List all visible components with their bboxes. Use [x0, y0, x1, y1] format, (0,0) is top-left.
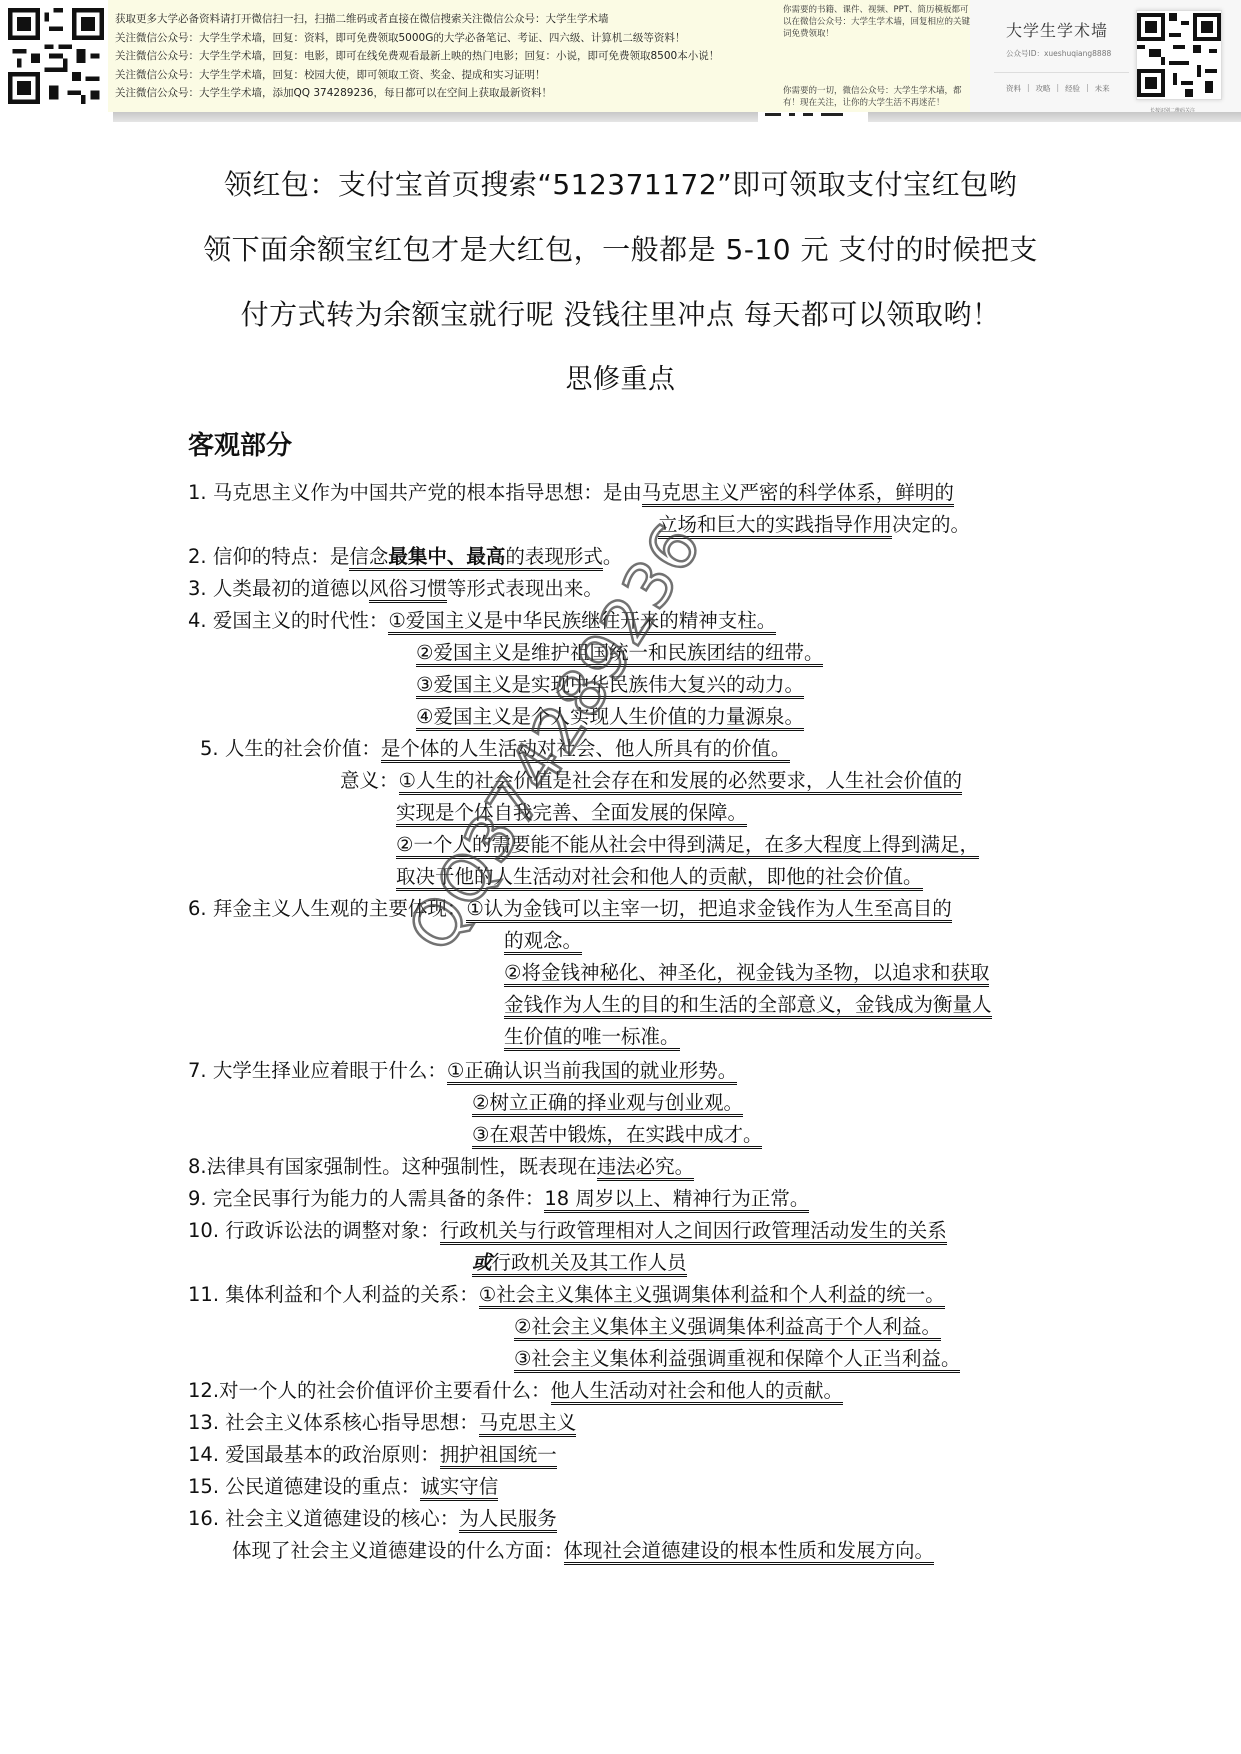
list-item: 11. 集体利益和个人利益的关系：①社会主义集体主义强调集体利益和个人利益的统一…	[188, 1280, 945, 1310]
banner-line: 关注微信公众号：大学生学术墙，回复：资料，即可免费领取5000G的大学必备笔记、…	[115, 29, 775, 48]
item-question: 爱国主义的时代性：	[213, 609, 389, 632]
item-tail: 等形式表现出来。	[447, 577, 603, 600]
item-answer: ④爱国主义是个人实现人生价值的力量源泉。	[416, 705, 804, 731]
tag: 经验	[1065, 83, 1080, 94]
item-number: 15.	[188, 1475, 219, 1498]
qr-code-icon	[8, 8, 104, 104]
item-answer: 马克思主义严密的科学体系，鲜明的	[642, 481, 954, 507]
promo-line: 付方式转为余额宝就行呢 没钱往里冲点 每天都可以领取哟！	[0, 293, 1241, 333]
item-question: 爱国最基本的政治原则：	[225, 1443, 440, 1466]
card-divider	[994, 72, 1129, 73]
list-item: 9. 完全民事行为能力的人需具备的条件：18 周岁以上、精神行为正常。	[188, 1184, 809, 1214]
item-number: 16.	[188, 1507, 219, 1530]
item-answer: ②将金钱神秘化、神圣化，视金钱为圣物，以追求和获取	[504, 961, 989, 987]
item-question: 法律具有国家强制性。这种强制性，既表现在	[207, 1155, 597, 1178]
item-answer: ③在艰苦中锻炼，在实践中成才。	[472, 1123, 762, 1149]
item-answer: ③爱国主义是实现中华民族伟大复兴的动力。	[416, 673, 804, 699]
list-item: 7. 大学生择业应着眼于什么：①正确认识当前我国的就业形势。	[188, 1056, 737, 1086]
item-answer: 信念最集中、最高的表现形式	[349, 545, 603, 571]
list-item: 4. 爱国主义的时代性：①爱国主义是中华民族继往开来的精神支柱。	[188, 606, 776, 636]
account-id: 公众号ID：xueshuqiang8888	[1006, 48, 1111, 59]
tag: 资料	[1006, 83, 1021, 94]
item-number: 6.	[188, 897, 207, 920]
banner-bottom-bar	[113, 112, 1241, 122]
item-number: 8.	[188, 1155, 207, 1178]
list-item: 2. 信仰的特点：是信念最集中、最高的表现形式。	[188, 542, 622, 572]
item-answer: ②一个人的需要能不能从社会中得到满足，在多大程度上得到满足，	[396, 833, 979, 859]
item-tail: 决定的。	[892, 513, 970, 536]
item-answer: 立场和巨大的实践指导作用	[658, 513, 892, 539]
list-item-continuation: ②爱国主义是维护祖国统一和民族团结的纽带。	[416, 638, 823, 668]
list-item: 12.对一个人的社会价值评价主要看什么：他人生活动对社会和他人的贡献。	[188, 1376, 843, 1406]
item-question: 人生的社会价值：	[225, 737, 381, 760]
item-answer: 的观念。	[504, 929, 582, 955]
item-answer: 实现是个体自我完善、全面发展的保障。	[396, 801, 747, 827]
list-item-continuation: 或行政机关及其工作人员	[472, 1248, 687, 1278]
banner-line: 关注微信公众号：大学生学术墙，回复：校园大使，即可领取工资、奖金、提成和实习证明…	[115, 66, 775, 85]
meaning-label: 意义：	[340, 769, 399, 792]
item-question: 社会主义道德建设的核心：	[225, 1507, 459, 1530]
item-number: 10.	[188, 1219, 219, 1242]
list-item: 8.法律具有国家强制性。这种强制性，既表现在违法必究。	[188, 1152, 694, 1182]
list-item-continuation: 立场和巨大的实践指导作用决定的。	[658, 510, 970, 540]
item-number: 9.	[188, 1187, 207, 1210]
list-item: 5. 人生的社会价值：是个体的人生活动对社会、他人所具有的价值。	[200, 734, 790, 764]
item-number: 12.	[188, 1379, 219, 1402]
list-item: 15. 公民道德建设的重点：诚实守信	[188, 1472, 498, 1502]
list-item-continuation: 意义：①人生的社会价值是社会存在和发展的必然要求，人生社会价值的	[340, 766, 962, 796]
item-question: 对一个人的社会价值评价主要看什么：	[219, 1379, 551, 1402]
item-answer: 他人生活动对社会和他人的贡献。	[551, 1379, 844, 1405]
promo-line: 领红包：支付宝首页搜索“512371172”即可领取支付宝红包哟	[0, 163, 1241, 203]
item-answer: 取决于他的人生活动对社会和他人的贡献，即他的社会价值。	[396, 865, 923, 891]
item-question: 社会主义体系核心指导思想：	[225, 1411, 479, 1434]
list-item-continuation: 金钱作为人生的目的和生活的全部意义，金钱成为衡量人	[504, 990, 992, 1020]
qr-code-icon	[1136, 10, 1222, 100]
item-number: 11.	[188, 1283, 219, 1306]
item-answer: ①爱国主义是中华民族继往开来的精神支柱。	[388, 609, 776, 635]
answer-part-bold: 最集中、最高	[388, 545, 505, 568]
answer-part: 信念	[349, 545, 388, 568]
item-question: 马克思主义作为中国共产党的根本指导思想：	[213, 481, 603, 504]
item-question: 人类最初的道德以	[213, 577, 369, 600]
item-question: 信仰的特点：	[213, 545, 330, 568]
list-item: 16. 社会主义道德建设的核心：为人民服务	[188, 1504, 557, 1534]
item-question: 完全民事行为能力的人需具备的条件：	[213, 1187, 545, 1210]
item-number: 7.	[188, 1059, 207, 1082]
item-answer: ③社会主义集体利益强调重视和保障个人正当利益。	[514, 1347, 960, 1373]
item-answer: 是个体的人生活动对社会、他人所具有的价值。	[381, 737, 791, 763]
list-item: 13. 社会主义体系核心指导思想：马克思主义	[188, 1408, 576, 1438]
banner-line: 关注微信公众号：大学生学术墙，回复：电影，即可在线免费观看最新上映的热门电影；回…	[115, 47, 775, 66]
list-item: 10. 行政诉讼法的调整对象：行政机关与行政管理相对人之间因行政管理活动发生的关…	[188, 1216, 947, 1246]
item-answer: 或行政机关及其工作人员	[472, 1251, 687, 1277]
list-item-continuation: ②一个人的需要能不能从社会中得到满足，在多大程度上得到满足，	[396, 830, 979, 860]
item-number: 3.	[188, 577, 207, 600]
tag-separator: |	[1027, 83, 1030, 94]
item-lead: 是	[330, 545, 350, 568]
item-answer: ①社会主义集体主义强调集体利益和个人利益的统一。	[479, 1283, 945, 1309]
document-title: 思修重点	[0, 357, 1241, 396]
banner-line: 获取更多大学必备资料请打开微信扫一扫，扫描二维码或者直接在微信搜索关注微信公众号…	[115, 10, 775, 29]
list-item: 3. 人类最初的道德以风俗习惯等形式表现出来。	[188, 574, 603, 604]
item-answer: 为人民服务	[459, 1507, 557, 1533]
list-item-continuation: ③爱国主义是实现中华民族伟大复兴的动力。	[416, 670, 804, 700]
banner-text-block: 获取更多大学必备资料请打开微信扫一扫，扫描二维码或者直接在微信搜索关注微信公众号…	[115, 10, 775, 103]
list-item-continuation: 的观念。	[504, 926, 582, 956]
item-tail: 。	[603, 545, 623, 568]
connector-word: 或	[472, 1251, 492, 1274]
tag: 未来	[1095, 83, 1110, 94]
item-question: 集体利益和个人利益的关系：	[225, 1283, 479, 1306]
banner-aside-bottom: 你需要的一切，微信公众号：大学生学术墙，都有！现在关注，让你的大学生活不再迷茫！	[783, 85, 973, 109]
tag-separator: |	[1086, 83, 1089, 94]
promo-line: 领下面余额宝红包才是大红包，一般都是 5-10 元 支付的时候把支	[0, 228, 1241, 268]
list-item-continuation: ②社会主义集体主义强调集体利益高于个人利益。	[514, 1312, 941, 1342]
item-number: 4.	[188, 609, 207, 632]
item-answer: ①人生的社会价值是社会存在和发展的必然要求，人生社会价值的	[399, 769, 962, 795]
item-answer: ②爱国主义是维护祖国统一和民族团结的纽带。	[416, 641, 823, 667]
account-name: 大学生学术墙	[1006, 18, 1108, 41]
item-answer: ②社会主义集体主义强调集体利益高于个人利益。	[514, 1315, 941, 1341]
list-item-continuation: 体现了社会主义道德建设的什么方面：体现社会道德建设的根本性质和发展方向。	[232, 1536, 934, 1566]
item-question: 拜金主义人生观的主要体现：	[213, 897, 467, 920]
section-heading: 客观部分	[188, 425, 292, 462]
item-answer: 风俗习惯	[369, 577, 447, 603]
list-item-continuation: 取决于他的人生活动对社会和他人的贡献，即他的社会价值。	[396, 862, 923, 892]
list-item-continuation: ②将金钱神秘化、神圣化，视金钱为圣物，以追求和获取	[504, 958, 989, 988]
list-item: 6. 拜金主义人生观的主要体现：①认为金钱可以主宰一切，把追求金钱作为人生至高目…	[188, 894, 952, 924]
list-item: 14. 爱国最基本的政治原则：拥护祖国统一	[188, 1440, 557, 1470]
item-answer: 行政机关与行政管理相对人之间因行政管理活动发生的关系	[440, 1219, 947, 1245]
item-answer: 金钱作为人生的目的和生活的全部意义，金钱成为衡量人	[504, 993, 992, 1019]
item-lead: 是由	[603, 481, 642, 504]
list-item-continuation: 生价值的唯一标准。	[504, 1022, 680, 1052]
list-item-continuation: ③在艰苦中锻炼，在实践中成才。	[472, 1120, 762, 1150]
item-number: 14.	[188, 1443, 219, 1466]
answer-part: 的表现形式	[505, 545, 603, 568]
list-item-continuation: 实现是个体自我完善、全面发展的保障。	[396, 798, 747, 828]
item-question: 行政诉讼法的调整对象：	[225, 1219, 440, 1242]
item-answer: 诚实守信	[420, 1475, 498, 1501]
tag-separator: |	[1057, 83, 1060, 94]
promo-banner: 获取更多大学必备资料请打开微信扫一扫，扫描二维码或者直接在微信搜索关注微信公众号…	[0, 0, 1241, 122]
tag: 攻略	[1036, 83, 1051, 94]
item-question: 公民道德建设的重点：	[225, 1475, 420, 1498]
item-answer: 体现社会道德建设的根本性质和发展方向。	[564, 1539, 935, 1565]
list-item: 1. 马克思主义作为中国共产党的根本指导思想：是由马克思主义严密的科学体系，鲜明…	[188, 478, 954, 508]
account-tags: 资料| 攻略| 经验| 未来	[1006, 83, 1110, 94]
item-answer: ①认为金钱可以主宰一切，把追求金钱作为人生至高目的	[466, 897, 951, 923]
item-question: 大学生择业应着眼于什么：	[213, 1059, 447, 1082]
item-number: 2.	[188, 545, 207, 568]
item-number: 1.	[188, 481, 207, 504]
item-answer: 生价值的唯一标准。	[504, 1025, 680, 1051]
item-sub-question: 体现了社会主义道德建设的什么方面：	[232, 1539, 564, 1562]
answer-part: 行政机关及其工作人员	[492, 1251, 687, 1274]
list-item-continuation: ③社会主义集体利益强调重视和保障个人正当利益。	[514, 1344, 960, 1374]
item-answer: 拥护祖国统一	[440, 1443, 557, 1469]
item-answer: ①正确认识当前我国的就业形势。	[447, 1059, 737, 1085]
list-item-continuation: ④爱国主义是个人实现人生价值的力量源泉。	[416, 702, 804, 732]
item-answer: ②树立正确的择业观与创业观。	[472, 1091, 743, 1117]
banner-aside-top: 你需要的书籍、课件、视频、PPT、简历模板都可以在微信公众号：大学生学术墙，回复…	[783, 4, 973, 40]
item-answer: 马克思主义	[479, 1411, 577, 1437]
item-answer: 18 周岁以上、精神行为正常。	[544, 1187, 809, 1213]
list-item-continuation: ②树立正确的择业观与创业观。	[472, 1088, 743, 1118]
banner-decoration	[765, 113, 865, 117]
item-answer: 违法必究。	[597, 1155, 695, 1181]
banner-line: 关注微信公众号：大学生学术墙，添加QQ 374289236，每日都可以在空间上获…	[115, 84, 775, 103]
item-number: 13.	[188, 1411, 219, 1434]
item-number: 5.	[200, 737, 219, 760]
